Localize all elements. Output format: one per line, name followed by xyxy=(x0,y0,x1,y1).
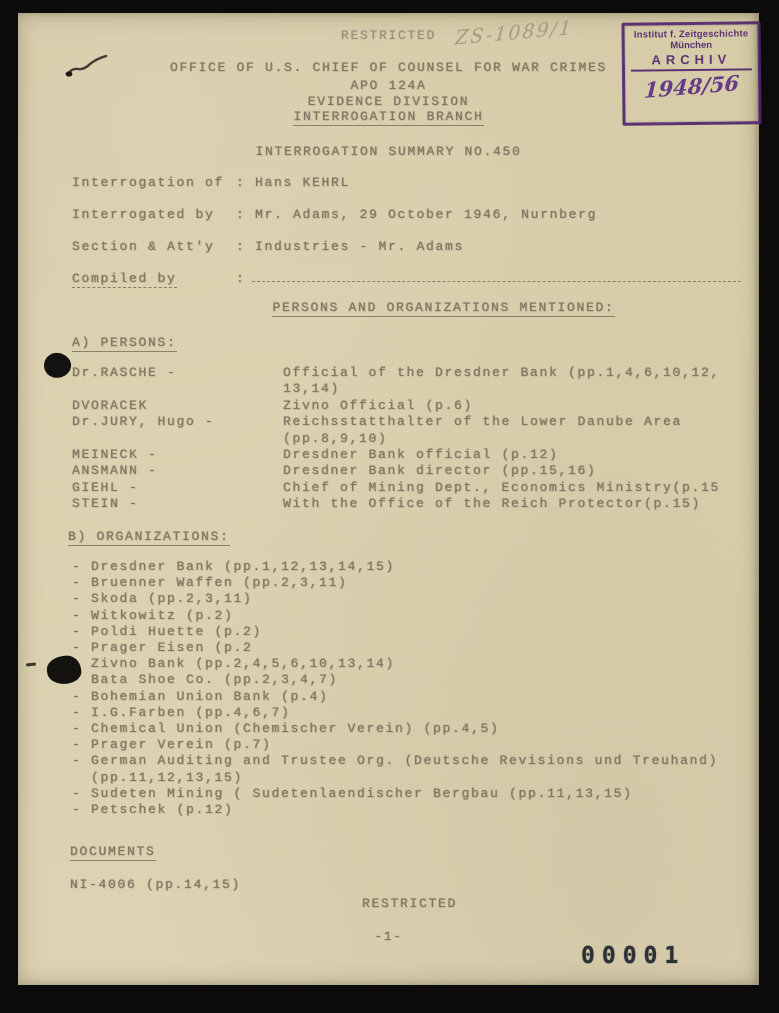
meta-label: Section & Att'y xyxy=(72,239,236,254)
meta-row-section-atty: Section & Att'y : Industries - Mr. Adams xyxy=(72,239,745,254)
ink-blot-upper xyxy=(42,350,74,380)
organization-item: - Petschek (p.12) xyxy=(72,802,749,818)
person-description: Official of the Dresdner Bank (pp.1,4,6,… xyxy=(283,365,749,398)
documents-heading: DOCUMENTS xyxy=(70,844,156,859)
organizations-heading-text: B) ORGANIZATIONS: xyxy=(68,529,230,546)
mentioned-title: PERSONS AND ORGANIZATIONS MENTIONED: xyxy=(73,300,779,315)
branch-line: INTERROGATION BRANCH xyxy=(18,109,759,124)
organization-item: - I.G.Farben (pp.4,6,7) xyxy=(72,705,749,721)
classification-bottom: RESTRICTED xyxy=(39,896,779,911)
person-name: Dr.JURY, Hugo - xyxy=(72,414,283,430)
meta-value-interrogated-by: Mr. Adams, 29 October 1946, Nurnberg xyxy=(255,207,597,222)
documents-heading-text: DOCUMENTS xyxy=(70,844,156,861)
organizations-list: - Dresdner Bank (pp.1,12,13,14,15) - Bru… xyxy=(72,559,749,818)
organization-item: - Bruenner Waffen (pp.2,3,11) xyxy=(72,575,749,591)
organization-item: - Skoda (pp.2,3,11) xyxy=(72,591,749,607)
person-description: Reichsstatthalter of the Lower Danube Ar… xyxy=(283,414,749,447)
person-name: ANSMANN - xyxy=(72,463,283,479)
organization-item: - Chemical Union (Chemischer Verein) (pp… xyxy=(72,721,749,737)
persons-list: Dr.RASCHE - Official of the Dresdner Ban… xyxy=(72,365,749,513)
organization-item: - Poldi Huette (p.2) xyxy=(72,624,749,640)
person-row: GIEHL - Chief of Mining Dept., Economics… xyxy=(72,480,749,496)
meta-row-interrogated-by: Interrogated by : Mr. Adams, 29 October … xyxy=(72,207,745,222)
organization-item: - Sudeten Mining ( Sudetenlaendischer Be… xyxy=(72,786,749,802)
person-row: Dr.JURY, Hugo - Reichsstatthalter of the… xyxy=(72,414,749,447)
apo-line: APO 124A xyxy=(18,78,759,93)
handwritten-reference: ZS-1089/1 xyxy=(454,17,574,50)
page-number: -1- xyxy=(18,929,759,944)
organization-item: - German Auditing and Trustee Org. (Deut… xyxy=(72,753,749,785)
organization-item: - Witkowitz (p.2) xyxy=(72,608,749,624)
organization-item: - Zivno Bank (pp.2,4,5,6,10,13,14) xyxy=(72,656,749,672)
persons-heading: A) PERSONS: xyxy=(72,335,177,350)
person-name: STEIN - xyxy=(72,496,283,512)
documents-item: NI-4006 (pp.14,15) xyxy=(70,877,241,892)
branch-line-text: INTERROGATION BRANCH xyxy=(293,109,483,126)
organization-item: - Prager Eisen (p.2 xyxy=(72,640,749,656)
meta-value-interrogation-of: Hans KEHRL xyxy=(255,175,350,190)
person-description: Zivno Official (p.6) xyxy=(283,398,749,414)
person-row: DVORACEK Zivno Official (p.6) xyxy=(72,398,749,414)
stamp-city-line: München xyxy=(625,39,758,51)
meta-colon: : xyxy=(236,207,246,222)
organization-item: - Bata Shoe Co. (pp.2,3,4,7) xyxy=(72,672,749,688)
person-row: ANSMANN - Dresdner Bank director (pp.15,… xyxy=(72,463,749,479)
scanned-document: RESTRICTED ZS-1089/1 Institut f. Zeitges… xyxy=(0,0,779,1013)
meta-colon: : xyxy=(236,175,246,190)
person-row: MEINECK - Dresdner Bank official (p.12) xyxy=(72,447,749,463)
meta-row-compiled-by: Compiled by : xyxy=(72,271,745,286)
summary-title: INTERROGATION SUMMARY NO.450 xyxy=(18,144,759,159)
person-name: GIEHL - xyxy=(72,480,283,496)
metadata-block: Interrogation of : Hans KEHRL Interrogat… xyxy=(72,175,745,286)
person-description: Chief of Mining Dept., Economics Ministr… xyxy=(283,480,749,496)
organizations-heading: B) ORGANIZATIONS: xyxy=(68,529,230,544)
person-row: Dr.RASCHE - Official of the Dresdner Ban… xyxy=(72,365,749,398)
meta-label: Compiled by xyxy=(72,271,236,286)
meta-value-section-atty: Industries - Mr. Adams xyxy=(255,239,464,254)
meta-row-interrogation-of: Interrogation of : Hans KEHRL xyxy=(72,175,745,190)
person-description: With the Office of the Reich Protector(p… xyxy=(283,496,749,512)
person-name: MEINECK - xyxy=(72,447,283,463)
organization-item: - Prager Verein (p.7) xyxy=(72,737,749,753)
office-title: OFFICE OF U.S. CHIEF OF COUNSEL FOR WAR … xyxy=(18,60,759,75)
division-line: EVIDENCE DIVISION xyxy=(18,94,759,109)
organization-item: - Bohemian Union Bank (p.4) xyxy=(72,689,749,705)
compiled-by-dashed-line xyxy=(252,271,741,282)
compiled-by-label: Compiled by xyxy=(72,271,177,288)
mentioned-title-text: PERSONS AND ORGANIZATIONS MENTIONED: xyxy=(272,300,614,317)
meta-colon: : xyxy=(236,239,246,254)
meta-colon: : xyxy=(236,271,246,286)
person-description: Dresdner Bank director (pp.15,16) xyxy=(283,463,749,479)
meta-label: Interrogation of xyxy=(72,175,236,190)
organization-item: - Dresdner Bank (pp.1,12,13,14,15) xyxy=(72,559,749,575)
person-row: STEIN - With the Office of the Reich Pro… xyxy=(72,496,749,512)
stamp-institute-line: Institut f. Zeitgeschichte xyxy=(625,28,758,40)
margin-tick-mark xyxy=(26,662,36,666)
persons-heading-text: A) PERSONS: xyxy=(72,335,177,352)
page-sequence-stamp: 00001 xyxy=(581,943,685,969)
person-name: Dr.RASCHE - xyxy=(72,365,283,381)
paper-page: RESTRICTED ZS-1089/1 Institut f. Zeitges… xyxy=(18,13,759,985)
meta-label: Interrogated by xyxy=(72,207,236,222)
person-description: Dresdner Bank official (p.12) xyxy=(283,447,749,463)
person-name: DVORACEK xyxy=(72,398,283,414)
